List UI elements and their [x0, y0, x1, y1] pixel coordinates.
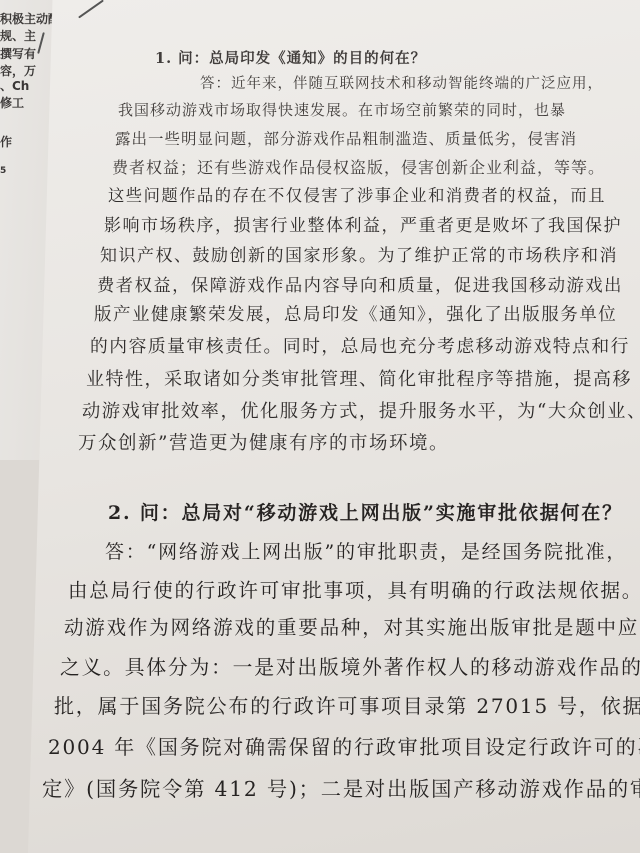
background-text-line: 、Ch — [0, 77, 29, 94]
question-heading-1: 1. 问：总局印发《通知》的目的何在？ — [155, 47, 426, 68]
answer-line: 由总局行使的行政许可审批事项，具有明确的行政法规依据。移 — [68, 575, 640, 603]
answer-line: 我国移动游戏市场取得快速发展。在市场空前繁荣的同时，也暴 — [118, 99, 566, 120]
answer-line: 批，属于国务院公布的行政许可事项目录第 27015 号，依据是 — [54, 690, 640, 719]
answer-line: 业特性，采取诸如分类审批管理、简化审批程序等措施，提高移 — [86, 365, 632, 391]
background-text-line: 积极主动配 — [0, 10, 60, 27]
answer-line: 费者权益；还有些游戏作品侵权盗版，侵害创新企业利益，等等。 — [112, 155, 605, 178]
background-text-line: 修工 — [0, 94, 24, 111]
answer-line: 露出一些明显问题，部分游戏作品粗制滥造、质量低劣，侵害消 — [115, 127, 577, 149]
answer-line: 答：“网络游戏上网出版”的审批职责，是经国务院批准， — [105, 537, 627, 564]
background-text-line: 5 — [0, 166, 6, 176]
answer-line: 之义。具体分为：一是对出版境外著作权人的移动游戏作品的审 — [60, 651, 640, 680]
answer-line: 定》(国务院令第 412 号)；二是对出版国产移动游戏作品的审批， — [42, 773, 640, 802]
answer-line: 动游戏作为网络游戏的重要品种，对其实施出版审批是题中应有 — [64, 612, 640, 640]
answer-line: 的内容质量审核责任。同时，总局也充分考虑移动游戏特点和行 — [90, 333, 630, 358]
answer-line: 万众创新”营造更为健康有序的市场环境。 — [78, 429, 449, 455]
background-text-line: 撰写有 — [0, 45, 36, 62]
question-heading-2: 2. 问：总局对“移动游戏上网出版”实施审批依据何在？ — [108, 498, 623, 525]
answer-line: 费者权益，保障游戏作品内容导向和质量，促进我国移动游戏出 — [97, 271, 623, 296]
background-text-line: 规、主 — [0, 27, 36, 44]
answer-line: 动游戏审批效率，优化服务方式，提升服务水平，为“大众创业、 — [82, 397, 640, 423]
answer-line: 2004 年《国务院对确需保留的行政审批项目设定行政许可的决 — [48, 731, 640, 760]
background-text-line: 作 — [0, 133, 12, 150]
answer-line: 答：近年来，伴随互联网技术和移动智能终端的广泛应用， — [200, 72, 603, 93]
answer-line: 版产业健康繁荣发展，总局印发《通知》，强化了出版服务单位 — [94, 301, 617, 326]
answer-line: 影响市场秩序，损害行业整体利益，严重者更是败坏了我国保护 — [104, 211, 622, 236]
answer-line: 知识产权、鼓励创新的国家形象。为了维护正常的市场秩序和消 — [100, 241, 618, 266]
answer-line: 这些问题作品的存在不仅侵害了涉事企业和消费者的权益，而且 — [108, 182, 606, 206]
